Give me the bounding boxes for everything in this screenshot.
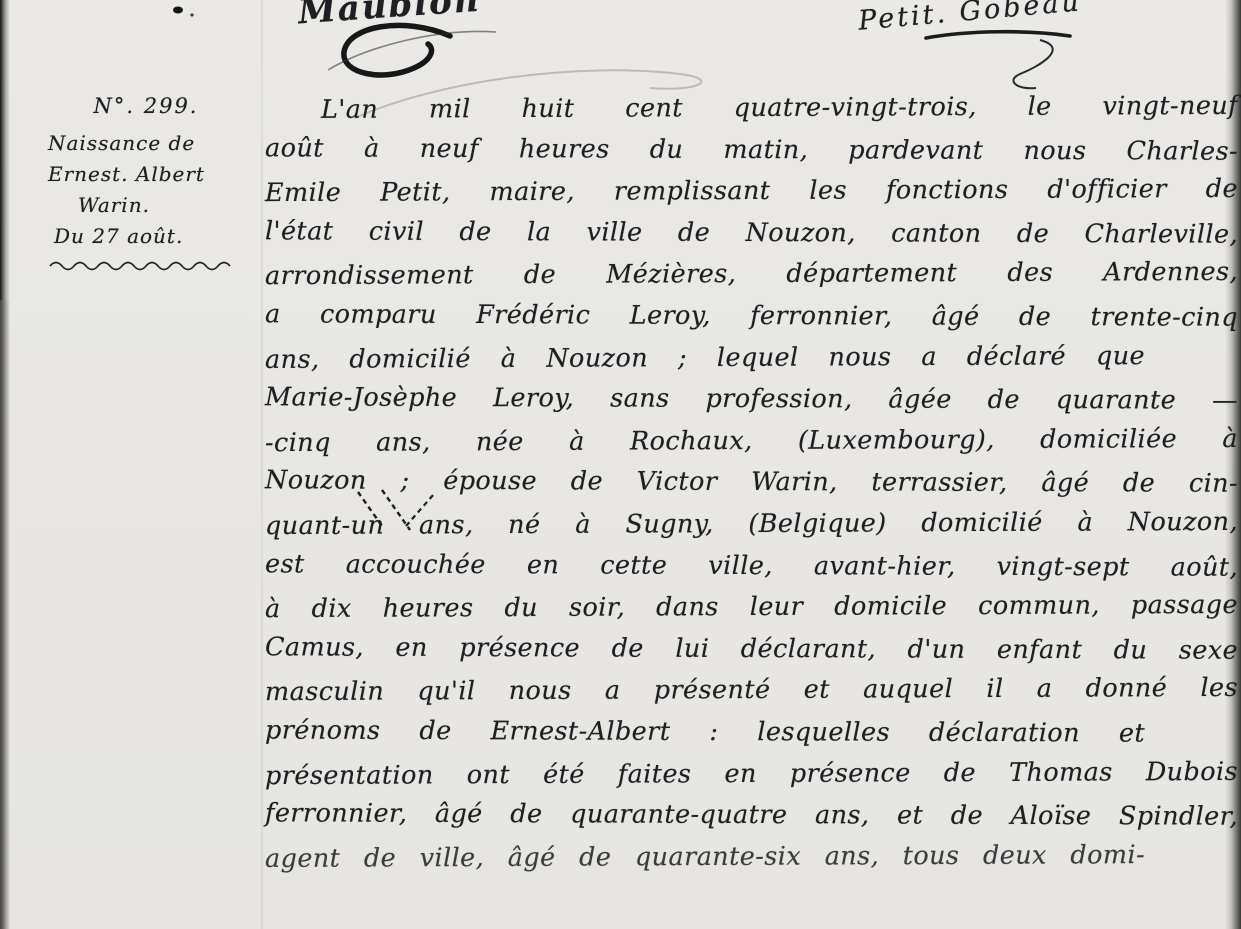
margin-line-date: Du 27 août. [48,221,244,252]
act-line: arrondissement de Mézières, département … [265,252,1238,298]
act-number: N°. 299. [48,94,244,118]
act-line: Nouzon ; épouse de Victor Warin, terrass… [265,461,1238,506]
ink-blot [170,4,210,24]
act-line: a comparu Frédéric Leroy, ferronnier, âg… [265,294,1238,339]
act-line: agent de ville, âgé de quarante-six ans,… [265,835,1145,880]
margin-line-nature: Naissance de [48,128,244,159]
act-line: est accouchée en cette ville, avant-hier… [265,544,1238,589]
act-line: masculin qu'il nous a présenté et auquel… [265,668,1238,714]
act-line: août à neuf heures du matin, pardevant n… [265,128,1238,173]
margin-note: N°. 299. Naissance de Ernest. Albert War… [48,94,244,272]
act-line: prénoms de Ernest-Albert : lesquelles dé… [265,710,1145,755]
wavy-underline [48,258,240,272]
act-line: quant-un ans, né à Sugny, (Belgique) dom… [265,502,1238,548]
act-line: ferronnier, âgé de quarante-quatre ans, … [265,793,1238,838]
signature-underline-flourish [920,26,1110,96]
page-edge-left-fade [0,300,10,929]
act-line: à dix heures du soir, dans leur domicile… [265,585,1238,631]
margin-line-firstnames: Ernest. Albert [48,159,244,190]
act-line: l'état civil de la ville de Nouzon, cant… [265,211,1238,256]
act-line: -cinq ans, née à Rochaux, (Luxembourg), … [265,419,1238,465]
act-line: ans, domicilié à Nouzon ; lequel nous a … [265,336,1145,381]
act-body: L'an mil huit cent quatre-vingt-trois, l… [265,88,1238,878]
act-line: Marie-Josèphe Leroy, sans profession, âg… [265,377,1238,422]
margin-line-surname: Warin. [48,190,244,221]
act-line: Camus, en présence de lui déclarant, d'u… [265,627,1238,672]
act-line: L'an mil huit cent quatre-vingt-trois, l… [265,86,1238,132]
act-line: Emile Petit, maire, remplissant les fonc… [265,169,1238,215]
act-line: présentation ont été faites en présence … [265,751,1238,797]
margin-rule-line [261,0,263,929]
